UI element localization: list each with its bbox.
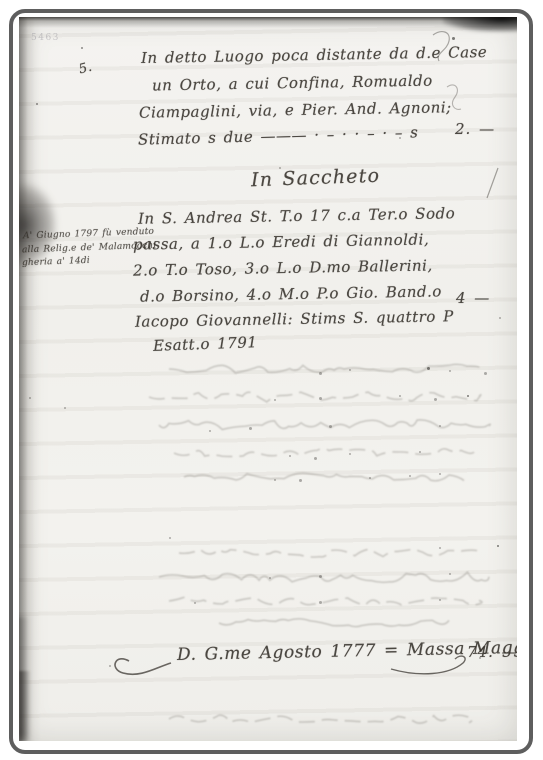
ink-speck: [369, 477, 371, 479]
ink-speck: [467, 395, 469, 397]
ink-speck: [449, 370, 451, 372]
ink-speck: [274, 479, 276, 481]
manuscript-line: In detto Luogo poca distante da d.e Case: [141, 43, 487, 67]
manuscript-line: 2.o T.o Toso, 3.o L.o D.mo Ballerini,: [133, 256, 433, 279]
ink-speck: [319, 601, 322, 604]
manuscript-line: Iacopo Giovannelli: Stims S. quattro P: [135, 307, 454, 331]
manuscript-line: Ciampaglini, via, e Pier. And. Agnoni;: [139, 98, 452, 121]
ink-speck: [419, 451, 421, 453]
ink-flourishes-and-bleedthrough: [19, 17, 517, 741]
ink-speck: [249, 427, 252, 430]
ink-speck: [319, 575, 322, 578]
ink-speck: [479, 657, 481, 659]
ink-speck: [329, 425, 332, 428]
manuscript-line: Esatt.o 1791: [153, 333, 258, 355]
ink-speck: [449, 573, 451, 575]
ink-speck: [29, 397, 31, 399]
ink-speck: [274, 399, 276, 401]
section-header: In Saccheto: [251, 165, 381, 191]
ink-speck: [434, 398, 437, 401]
ink-speck: [109, 665, 111, 667]
manuscript-line: passa, a 1.o L.o Eredi di Giannoldi,: [133, 230, 429, 253]
ink-speck: [497, 545, 499, 547]
ink-speck: [314, 457, 317, 460]
manuscript-line: un Orto, a cui Confina, Romualdo: [152, 72, 433, 95]
ink-speck: [289, 455, 291, 457]
ink-speck: [349, 369, 351, 371]
marginal-note-line: gheria a' 14di: [22, 256, 90, 268]
ink-speck: [399, 395, 401, 397]
ink-speck: [399, 137, 401, 139]
ink-speck: [439, 425, 441, 427]
ink-speck: [269, 577, 271, 579]
ink-speck: [484, 372, 487, 375]
entry1-amount: 2. —: [455, 120, 495, 138]
document-viewer: 5463 5. In detto Luogo poca distante da …: [0, 0, 543, 760]
pencil-folio-mark: 5463: [31, 33, 60, 43]
ink-speck: [409, 475, 411, 477]
footer-flourish: [115, 659, 171, 674]
ink-speck: [499, 317, 501, 319]
ink-speck: [427, 367, 430, 370]
footer-amount: 74. —: [467, 643, 517, 661]
ink-speck: [81, 47, 83, 49]
footer-date-line: D. G.me Agosto 1777 = Massa Maggiore: [177, 637, 517, 665]
entry1-margin-number: 5.: [77, 60, 94, 78]
ink-speck: [209, 430, 211, 432]
manuscript-page: 5463 5. In detto Luogo poca distante da …: [19, 17, 517, 741]
ink-speck: [299, 479, 302, 482]
ink-speck: [64, 407, 66, 409]
manuscript-line: Stimato s due ——— · – · · – · – s: [138, 123, 419, 148]
right-margin-slash: [487, 168, 498, 198]
ink-speck: [169, 537, 171, 539]
ink-speck: [439, 599, 441, 601]
ink-speck: [349, 453, 351, 455]
scan-shadow-bottom-left: [19, 671, 31, 741]
ink-speck: [439, 547, 441, 549]
ink-speck: [319, 372, 322, 375]
ink-speck: [36, 103, 38, 105]
manuscript-line: In S. Andrea St. T.o 17 c.a Ter.o Sodo: [138, 204, 455, 228]
ink-speck: [319, 397, 322, 400]
ink-speck: [439, 473, 441, 475]
scan-shadow-top-right: [443, 17, 517, 32]
ink-speck: [194, 602, 196, 604]
entry2-amount: 4 —: [456, 289, 490, 307]
manuscript-line: d.o Borsino, 4.o M.o P.o Gio. Band.o: [140, 282, 442, 305]
ink-speck: [279, 167, 281, 169]
ink-speck: [452, 37, 455, 40]
